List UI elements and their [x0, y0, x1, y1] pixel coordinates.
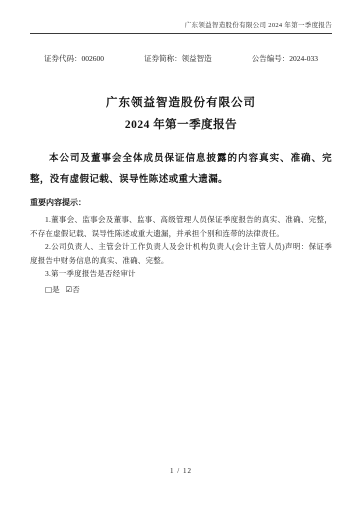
running-header-title: 广东领益智造股份有限公司 2024 年第一季度报告 [30, 22, 332, 30]
securities-meta-row: 证券代码：002600 证券简称：领益智造 公告编号：2024-033 [30, 54, 332, 64]
important-notice-heading: 重要内容提示： [30, 197, 332, 209]
audit-option-no: ☑否 [65, 285, 79, 294]
page-number: 1 / 12 [0, 467, 362, 475]
important-notice-list: 1.董事会、监事会及董事、监事、高级管理人员保证季度报告的真实、准确、完整，不存… [30, 213, 332, 296]
audit-option-no-label: 否 [72, 285, 80, 294]
board-guarantee-statement: 本公司及董事会全体成员保证信息披露的内容真实、准确、完整，没有虚假记载、误导性陈… [30, 149, 332, 191]
report-page: 广东领益智造股份有限公司 2024 年第一季度报告 证券代码：002600 证券… [0, 0, 362, 512]
title-block: 广东领益智造股份有限公司 2024 年第一季度报告 [30, 97, 332, 132]
audit-option-yes-label: 是 [52, 285, 60, 294]
notice-item-3-audit-question: 3.第一季度报告是否经审计 [30, 267, 332, 281]
audit-option-yes: □是 [45, 285, 60, 294]
stock-code: 证券代码：002600 [44, 54, 104, 64]
report-period-title: 2024 年第一季度报告 [30, 119, 332, 132]
stock-name: 证券简称：领益智造 [144, 54, 212, 64]
notice-item-1: 1.董事会、监事会及董事、监事、高级管理人员保证季度报告的真实、准确、完整，不存… [30, 213, 332, 240]
company-name-title: 广东领益智造股份有限公司 [30, 97, 332, 110]
notice-item-2: 2.公司负责人、主管会计工作负责人及会计机构负责人(会计主管人员)声明：保证季度… [30, 240, 332, 267]
page-header: 广东领益智造股份有限公司 2024 年第一季度报告 [30, 0, 332, 34]
announcement-number: 公告编号：2024-033 [252, 54, 318, 64]
audit-options: □是 ☑否 [30, 283, 332, 297]
